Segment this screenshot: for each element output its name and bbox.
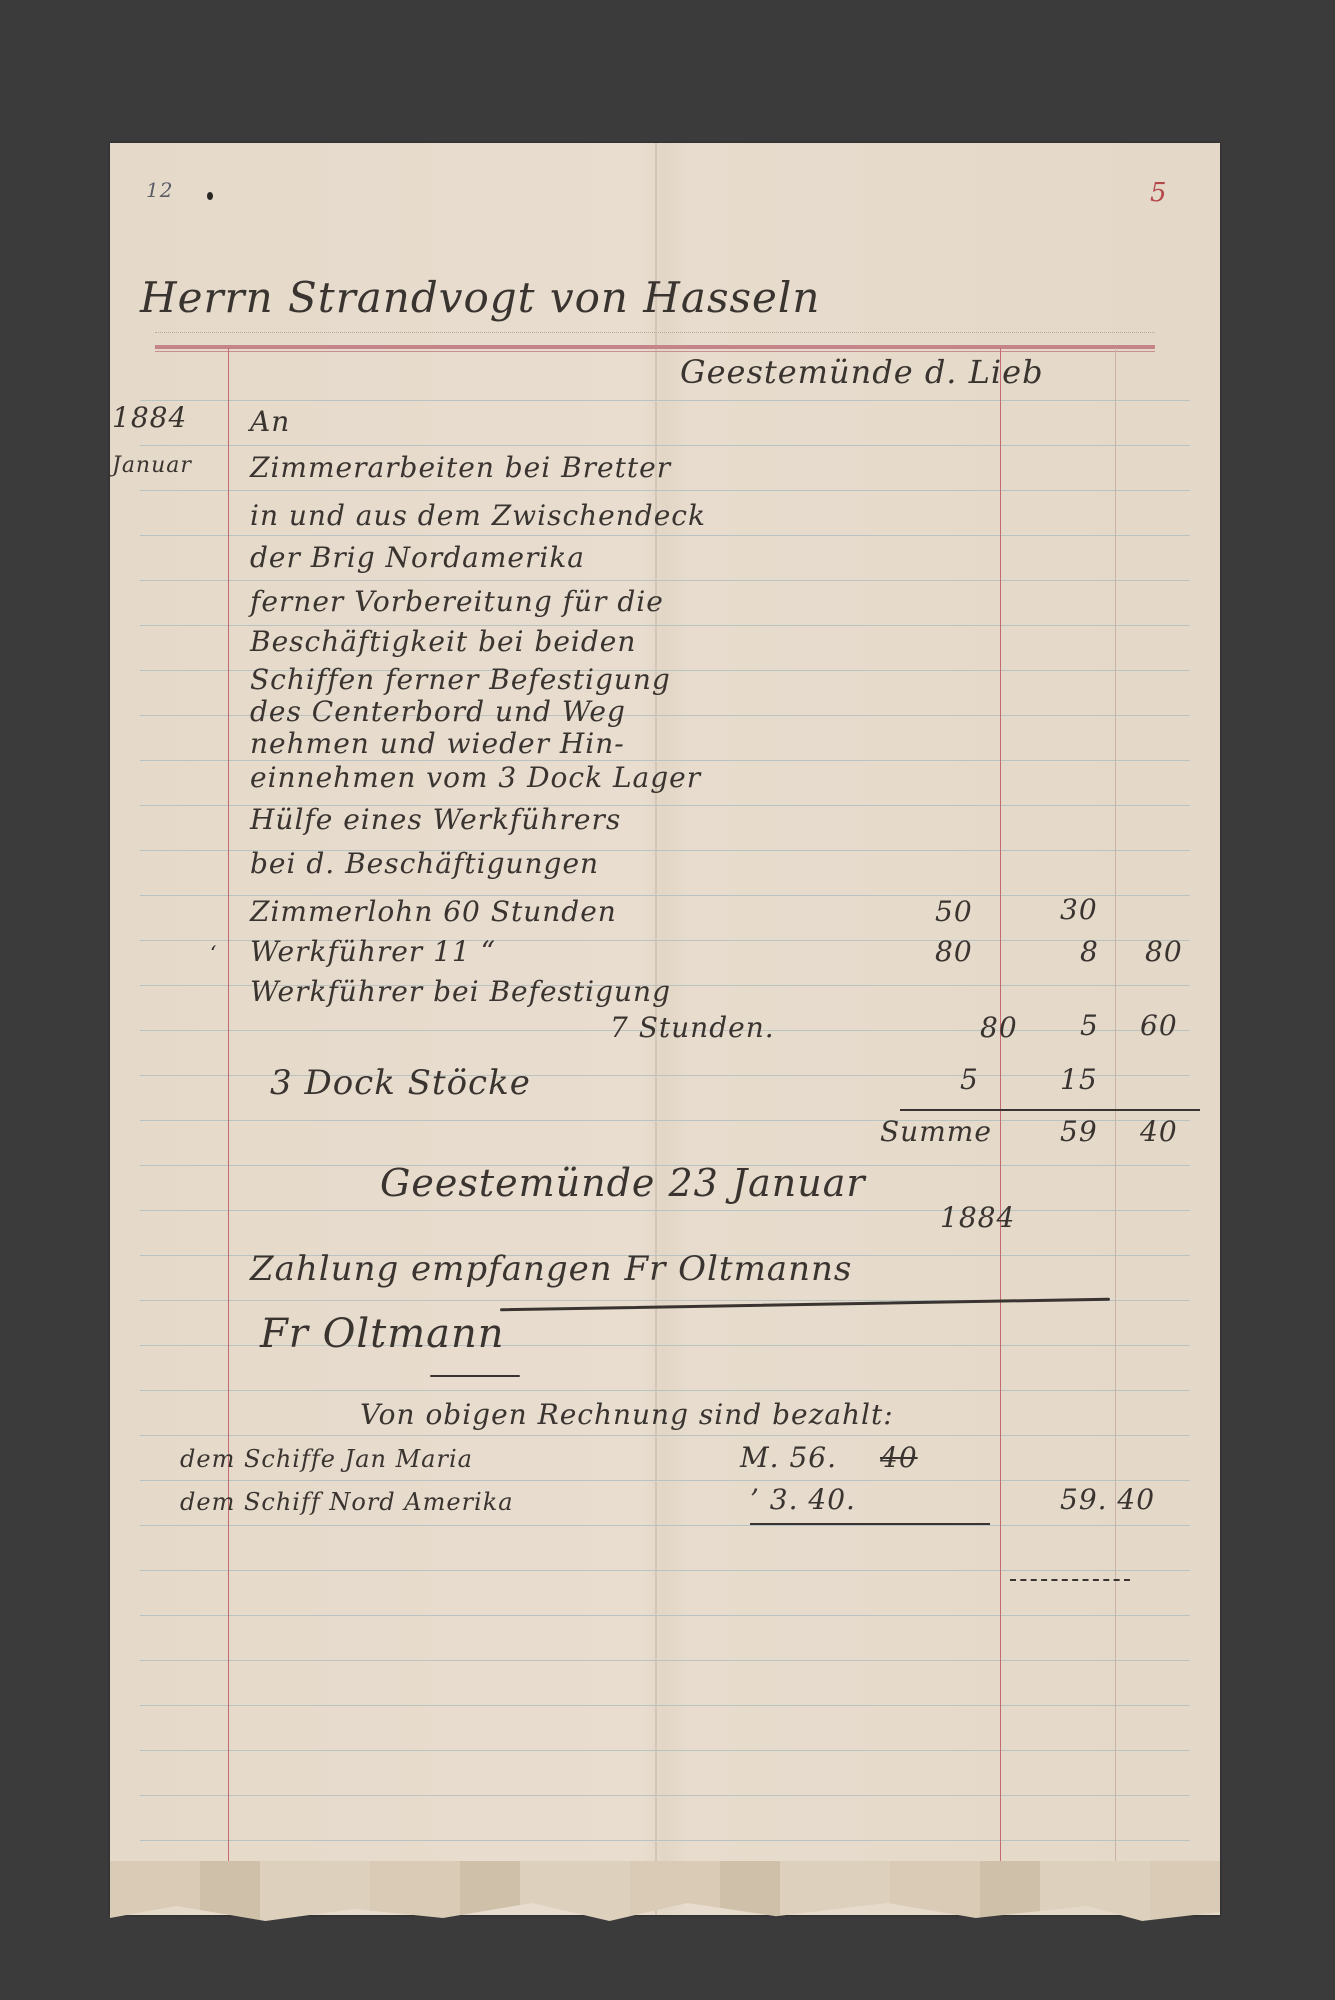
total-pf: 40 (1140, 1115, 1178, 1148)
payment-label: dem Schiff Nord Amerika (180, 1488, 514, 1516)
item-label: Werkführer 11 “ (250, 935, 496, 968)
item-label: Werkführer bei Befestigung (250, 975, 671, 1008)
addressee: Herrn Strandvogt von Hasseln (140, 273, 820, 322)
payment-total: 59. 40 (1060, 1483, 1155, 1516)
payment-amount: ’ 3. 40. (750, 1483, 856, 1516)
payment-struck: 40 (880, 1441, 918, 1474)
desc-line: bei d. Beschäftigungen (250, 847, 599, 880)
folio-red: 5 (1150, 178, 1168, 208)
invoice-sheet: 12 5 Herrn Strandvogt von Hasseln Geeste… (110, 143, 1220, 1915)
item-label: 7 Stunden. (610, 1011, 775, 1044)
desc-line: nehmen und wieder Hin- (250, 727, 625, 760)
closing-year: 1884 (940, 1201, 1015, 1234)
closing-mark (1010, 1579, 1130, 1581)
receipt-note: Zahlung empfangen Fr Oltmanns (250, 1249, 852, 1289)
total-mark: 59 (1060, 1115, 1098, 1148)
payment-amount: M. 56. (740, 1441, 837, 1474)
desc-line: ferner Vorbereitung für die (250, 585, 664, 618)
item-label: Zimmerlohn 60 Stunden (250, 895, 617, 928)
header-red-rule (155, 345, 1155, 349)
desc-line: Schiffen ferner Befestigung (250, 663, 671, 696)
desc-line: Zimmerarbeiten bei Bretter (250, 451, 671, 484)
item-mark: 8 (1080, 935, 1099, 968)
margin-tick: ‘ (210, 941, 217, 965)
signature-underline (430, 1375, 520, 1377)
total-label: Summe (880, 1115, 992, 1148)
mark-column-line (1000, 348, 1001, 1895)
desc-line: in und aus dem Zwischendeck (250, 499, 706, 532)
item-label: 3 Dock Stöcke (270, 1063, 531, 1103)
folio-pencil: 12 (146, 178, 173, 202)
punch-hole (207, 192, 213, 200)
entry-intro: An (250, 405, 290, 438)
signature: Fr Oltmann (260, 1311, 505, 1357)
closing-place-date: Geestemünde 23 Januar (380, 1161, 866, 1205)
header-dotted-rule (155, 332, 1155, 333)
desc-line: der Brig Nordamerika (250, 541, 585, 574)
item-pf: 60 (1140, 1009, 1178, 1042)
item-mark: 15 (1060, 1063, 1098, 1096)
sum-line (900, 1109, 1200, 1111)
entry-month: Januar (112, 453, 192, 478)
desc-line: einnehmen vom 3 Dock Lager (250, 761, 701, 794)
item-pf: 80 (1145, 935, 1183, 968)
left-margin-line (228, 348, 229, 1895)
pfennig-column-line (1115, 348, 1116, 1895)
item-mark: 30 (1060, 893, 1098, 926)
entry-year: 1884 (112, 401, 187, 434)
torn-edge (110, 1861, 1220, 1921)
payment-heading: Von obigen Rechnung sind bezahlt: (360, 1398, 894, 1431)
desc-line: Beschäftigkeit bei beiden (250, 625, 636, 658)
place-date-header: Geestemünde d. Lieb (680, 353, 1044, 391)
payment-label: dem Schiffe Jan Maria (180, 1445, 473, 1473)
desc-line: Hülfe eines Werkführers (250, 803, 621, 836)
item-mark: 5 (1080, 1009, 1099, 1042)
payment-underline (750, 1523, 990, 1525)
item-rate: 5 (960, 1063, 979, 1096)
desc-line: des Centerbord und Weg (250, 695, 626, 728)
header-red-thin-rule (155, 351, 1155, 352)
item-rate: 80 (935, 935, 973, 968)
item-rate: 50 (935, 895, 973, 928)
item-rate: 80 (980, 1011, 1018, 1044)
